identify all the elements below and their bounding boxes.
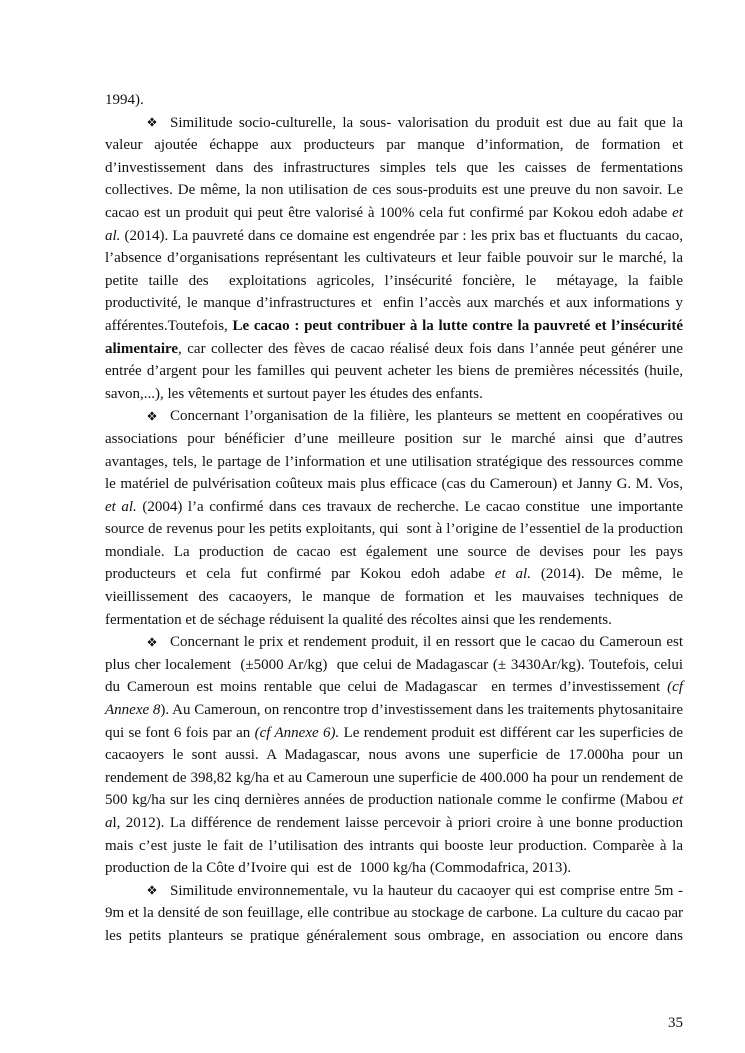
text-segment: Similitude environnementale, vu la haute…: [105, 883, 687, 944]
paragraph-similitude-socio-culturelle: Similitude socio-culturelle, la sous- va…: [105, 112, 683, 406]
italic-citation-text: et al.: [495, 566, 531, 582]
italic-annexe-ref-text: (cf Annexe 6).: [255, 725, 340, 741]
bullet-diamond-icon: [147, 117, 157, 127]
text-segment: Similitude socio-culturelle, la sous- va…: [105, 115, 687, 221]
paragraph-similitude-environnementale: Similitude environnementale, vu la haute…: [105, 880, 683, 948]
text-segment: , car collecter des fèves de cacao réali…: [105, 341, 687, 402]
paragraph-prix-et-rendement: Concernant le prix et rendement produit,…: [105, 631, 683, 880]
page-number: 35: [105, 1012, 683, 1035]
text-segment: Concernant l’organisation de la filière,…: [105, 408, 687, 492]
document-text-block: 1994). Similitude socio-culturelle, la s…: [105, 89, 683, 948]
italic-citation-text: et al.: [105, 499, 137, 515]
bullet-diamond-icon: [147, 885, 157, 895]
bullet-diamond-icon: [147, 411, 157, 421]
paragraph-organisation-filiere: Concernant l’organisation de la filière,…: [105, 405, 683, 631]
text-segment: l, 2012). La différence de rendement lai…: [105, 815, 687, 876]
text-segment: 1994).: [105, 92, 144, 108]
paragraph-continuation-line: 1994).: [105, 89, 683, 112]
bullet-diamond-icon: [147, 637, 157, 647]
text-segment: Concernant le prix et rendement produit,…: [105, 634, 687, 695]
